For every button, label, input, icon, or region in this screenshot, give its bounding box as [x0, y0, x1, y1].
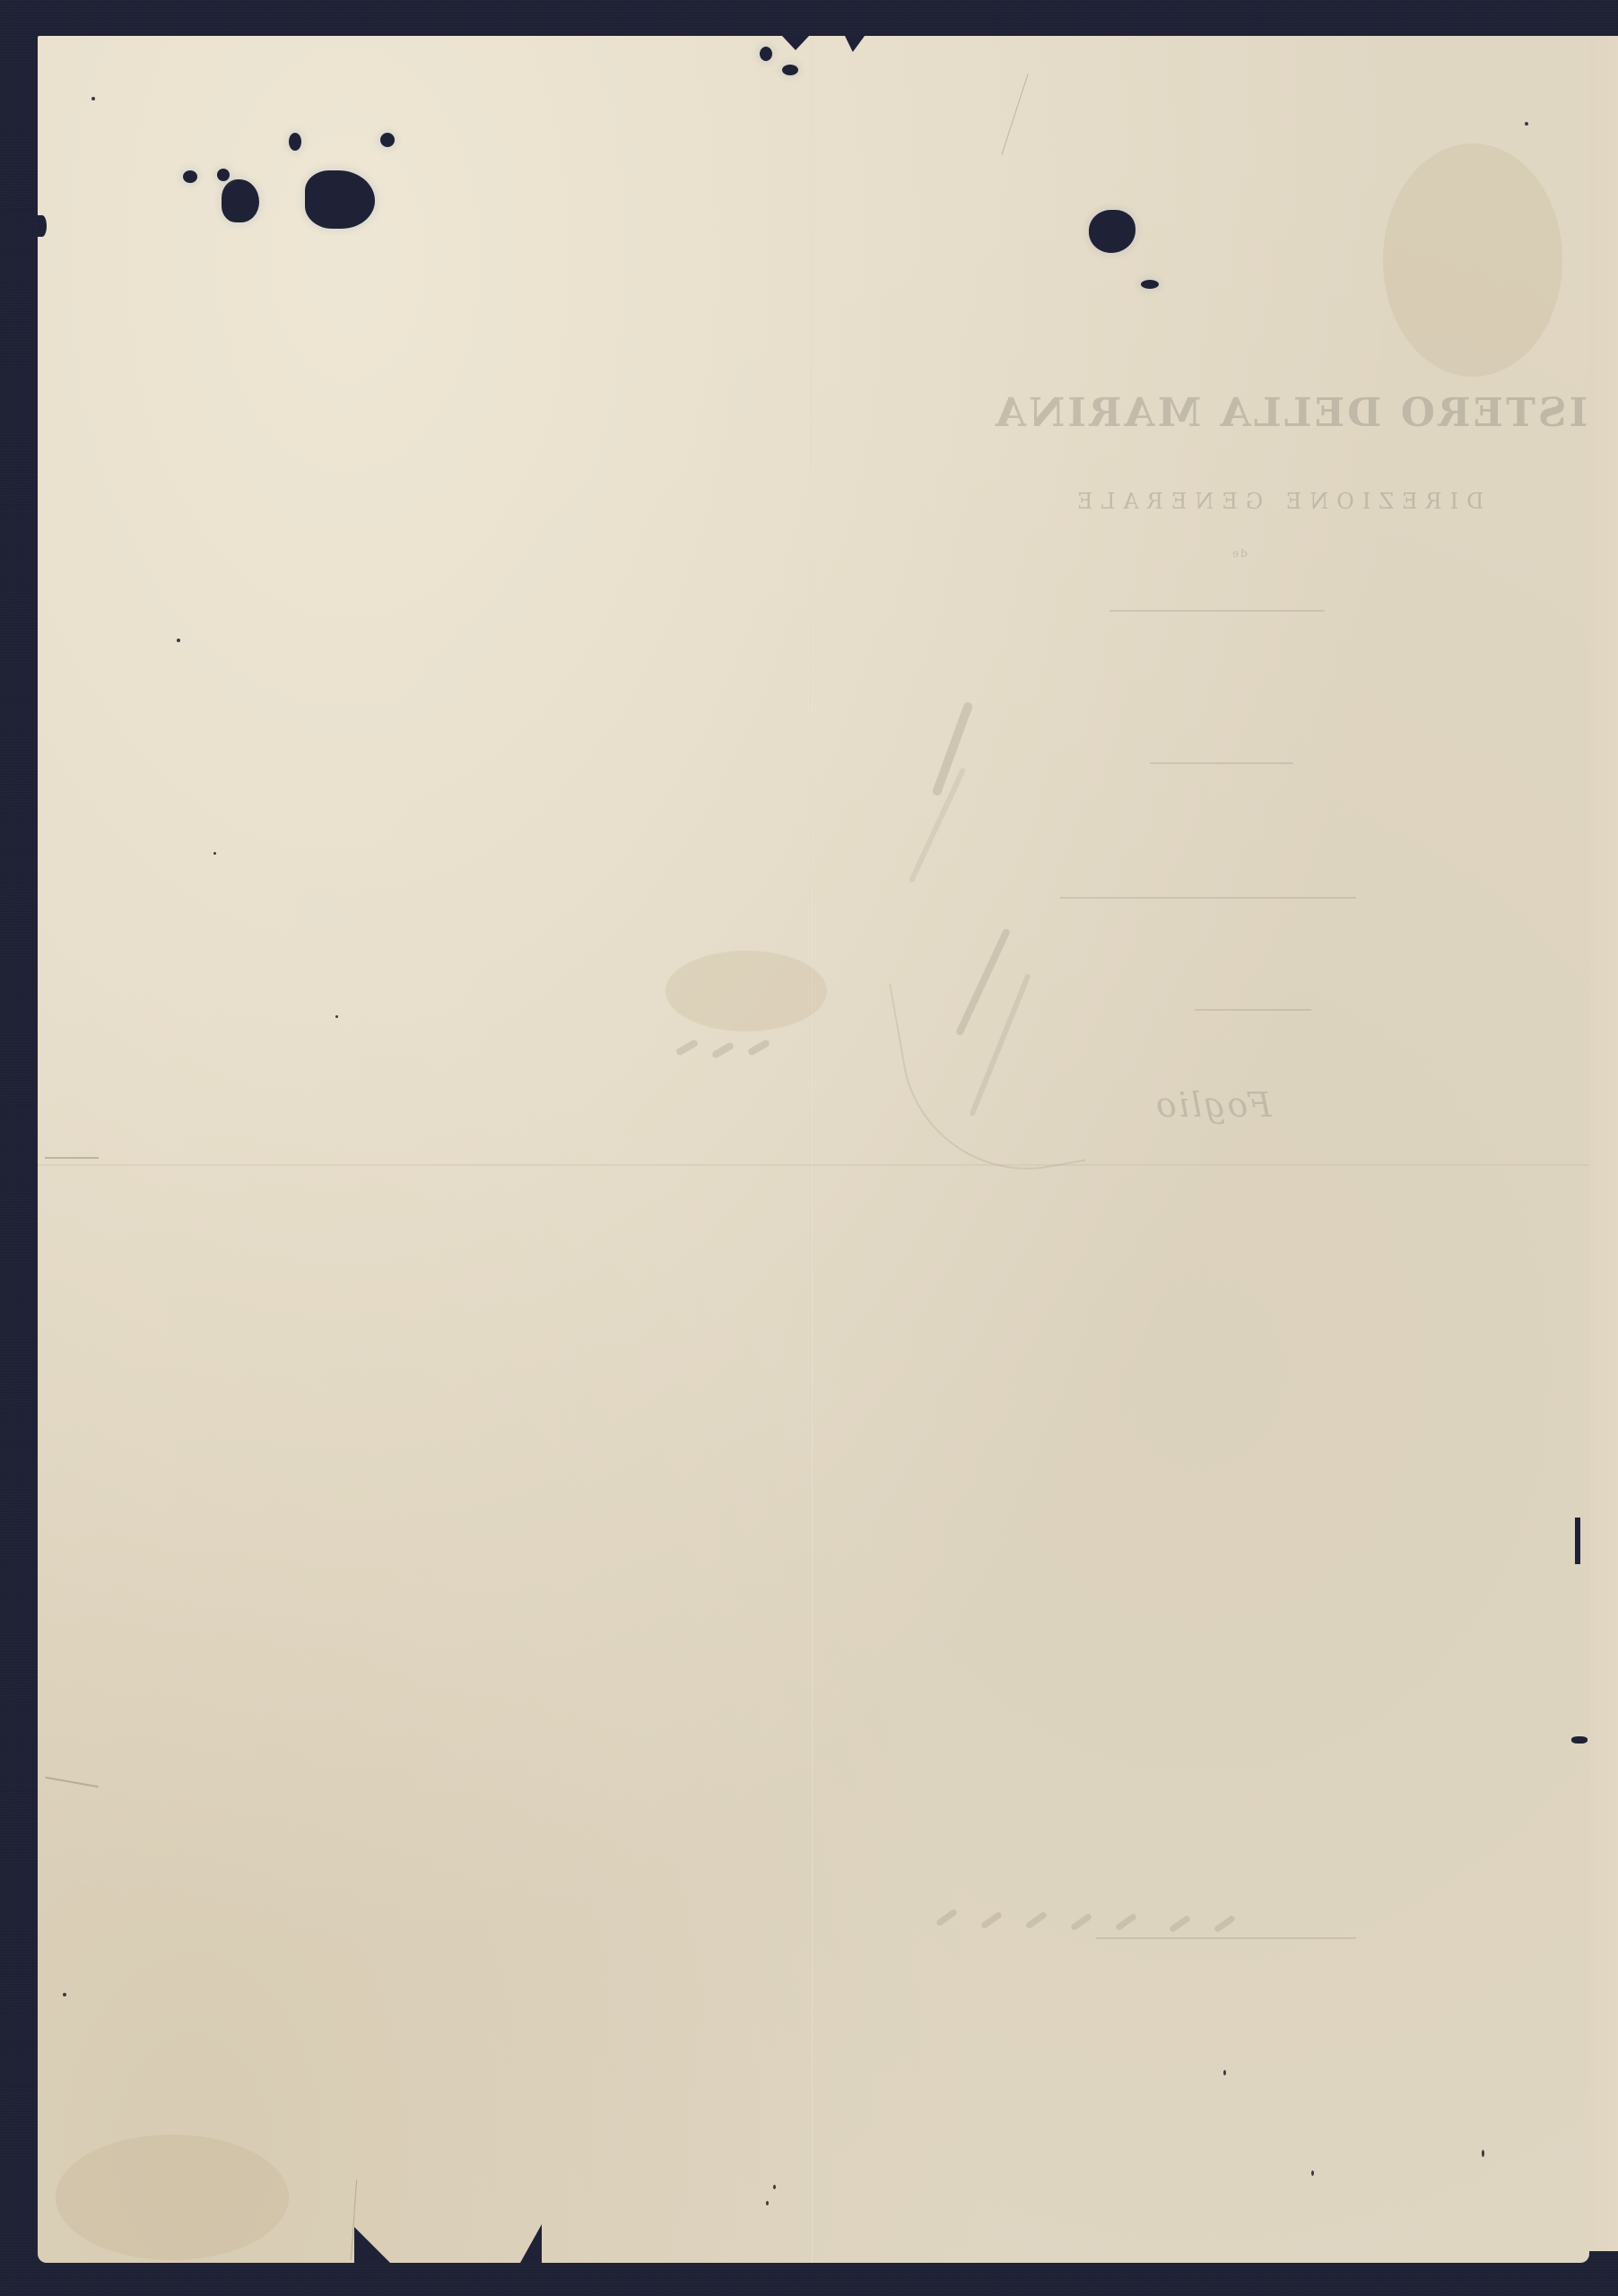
speck: [1482, 2150, 1484, 2157]
showthrough-directorate: DIREZIONE GENERALE: [1069, 489, 1483, 514]
speck: [63, 1993, 66, 1996]
showthrough-rule: [1150, 762, 1293, 764]
paper-hole: [217, 169, 230, 181]
showthrough-ministry-heading: MINISTERO DELLA MARINA: [993, 390, 1618, 436]
handwriting-stroke: [931, 701, 973, 797]
speck: [335, 1015, 338, 1018]
speck: [766, 2201, 769, 2205]
speck: [1525, 122, 1528, 126]
speck: [773, 2185, 776, 2189]
showthrough-rule: [1109, 610, 1325, 612]
showthrough-small-line: de: [1231, 547, 1248, 560]
showthrough-rule: [1195, 1009, 1311, 1011]
stain: [665, 951, 827, 1031]
paper-hole: [305, 170, 375, 229]
paper-hole: [222, 179, 259, 222]
torn-edge: [38, 215, 47, 237]
paper-crack: [45, 1157, 99, 1159]
paper-hole: [380, 133, 395, 147]
paper-hole: [289, 133, 301, 151]
speck: [177, 639, 180, 642]
handwriting-stroke: [935, 1909, 958, 1927]
handwriting-stroke: [1025, 1911, 1048, 1930]
speck: [1223, 2070, 1226, 2075]
speck: [91, 97, 95, 100]
paper-hole: [183, 170, 197, 183]
vertical-fold-line: [811, 36, 813, 2263]
handwriting-stroke: [675, 1039, 700, 1057]
handwriting-stroke: [1169, 1915, 1191, 1934]
handwriting-loop: [889, 956, 1086, 1189]
handwriting-stroke: [1213, 1915, 1236, 1934]
torn-edge: [782, 36, 809, 50]
showthrough-sheet-word: Foglio: [1154, 1085, 1272, 1125]
speck: [213, 852, 216, 855]
handwriting-stroke: [711, 1041, 735, 1059]
torn-edge: [1571, 1736, 1588, 1744]
torn-edge: [354, 2227, 390, 2263]
handwriting-stroke: [1115, 1913, 1137, 1932]
torn-edge: [1575, 1518, 1580, 1564]
speck: [1311, 2170, 1314, 2176]
stain: [56, 2135, 289, 2260]
paper-hole: [1141, 280, 1159, 289]
torn-edge: [520, 2224, 542, 2263]
showthrough-rule: [1060, 897, 1356, 899]
document-page: MINISTERO DELLA MARINA DIREZIONE GENERAL…: [38, 36, 1589, 2263]
handwriting-stroke: [980, 1911, 1003, 1930]
showthrough-rule: [1096, 1937, 1356, 1939]
paper-hole: [1089, 210, 1135, 253]
paper-crack: [1001, 74, 1028, 155]
handwriting-stroke: [1070, 1913, 1092, 1932]
horizontal-fold-line: [38, 1164, 1589, 1166]
paper-crack: [45, 1777, 98, 1787]
stain: [1383, 143, 1562, 377]
paper-hole: [782, 65, 798, 75]
torn-edge: [845, 36, 865, 52]
paper-hole: [760, 47, 772, 61]
handwriting-stroke: [747, 1039, 771, 1057]
